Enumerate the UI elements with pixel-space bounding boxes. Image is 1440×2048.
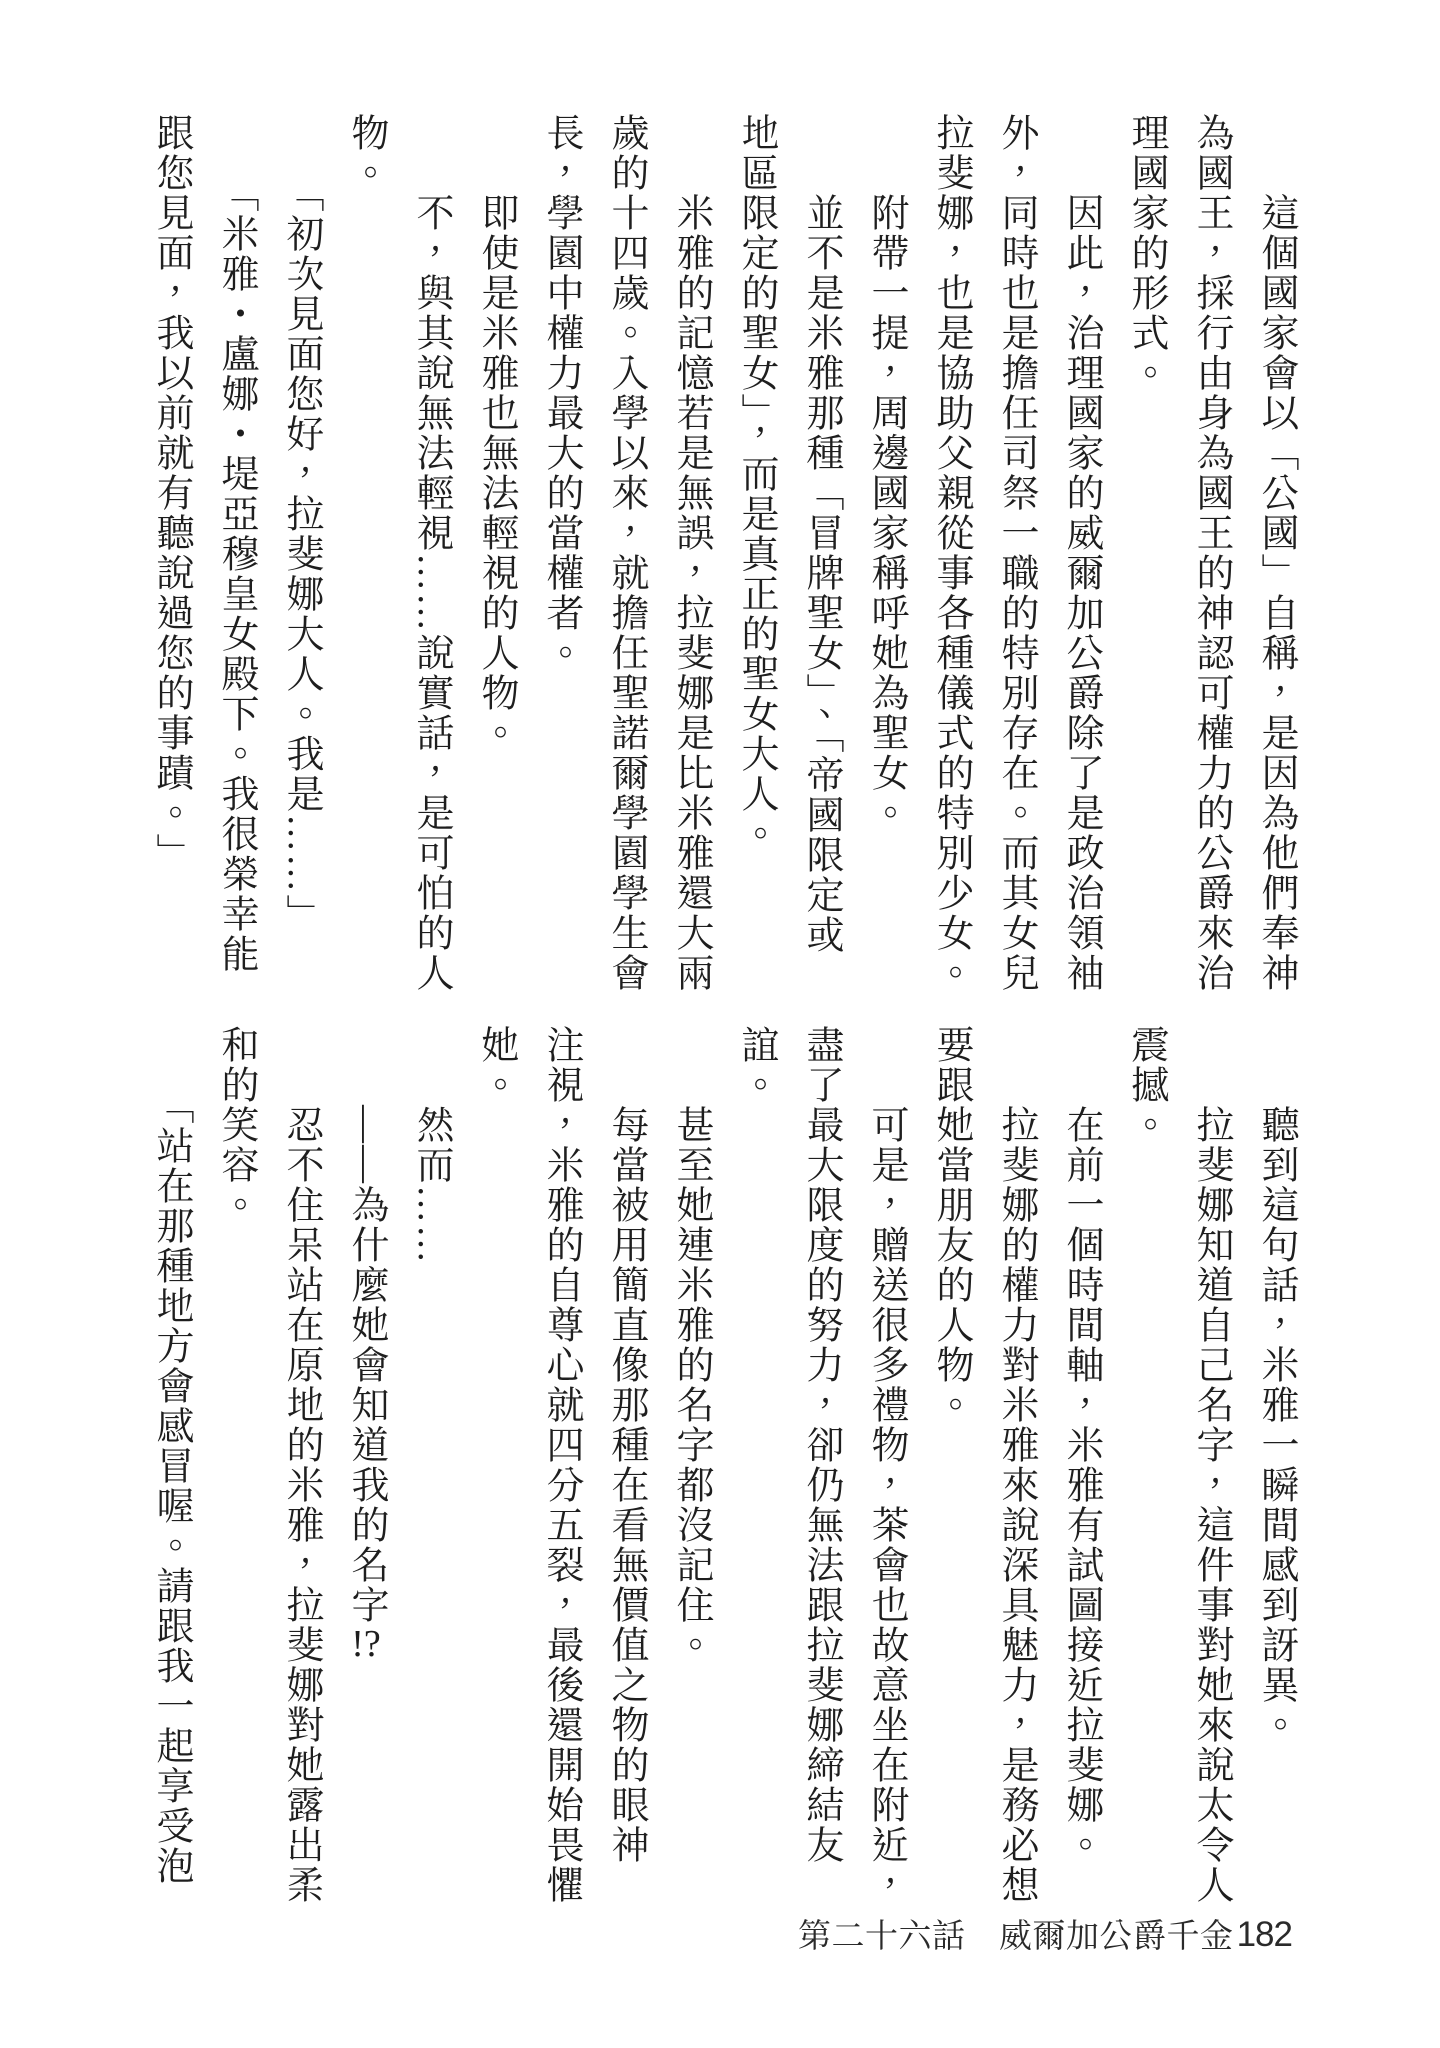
chapter-title: 第二十六話 威爾加公爵千金 [798,1918,1234,1954]
text-column: 「初次見面您好，拉斐娜大人。我是……」 [268,113,333,997]
text-column: 誼。 [723,1025,788,1909]
text-column: 盡了最大限度的努力，卻仍無法跟拉斐娜締結友 [788,1025,853,1909]
text-column: 注視，米雅的自尊心就四分五裂，最後還開始畏懼 [528,1025,593,1909]
text-column: 跟您見面，我以前就有聽說過您的事蹟。」 [138,113,203,997]
tatechuyoko-exclamation-question: !? [345,1625,387,1663]
text-column: 物。 [333,113,398,997]
text-column: 要跟她當朋友的人物。 [918,1025,983,1909]
text-column: 外，同時也是擔任司祭一職的特別存在。而其女兒 [983,113,1048,997]
top-text-block: 這個國家會以「公國」自稱，是因為他們奉神為國王，採行由身為國王的神認可權力的公爵… [138,113,1308,1005]
text-column: 然而…… [398,1025,463,1909]
text-column: 拉斐娜的權力對米雅來說深具魅力，是務必想 [983,1025,1048,1909]
text-column: 為國王，採行由身為國王的神認可權力的公爵來治 [1178,113,1243,997]
text-column: 並不是米雅那種「冒牌聖女」、「帝國限定或 [788,113,853,997]
text-column: 即使是米雅也無法輕視的人物。 [463,113,528,997]
text-column: 附帶一提，周邊國家稱呼她為聖女。 [853,113,918,997]
text-column: ——為什麼她會知道我的名字!? [333,1025,398,1909]
text-column: 歲的十四歲。入學以來，就擔任聖諾爾學園學生會 [593,113,658,997]
text-column: 「米雅・盧娜・堤亞穆皇女殿下。我很榮幸能 [203,113,268,997]
text-column: 長，學園中權力最大的當權者。 [528,113,593,997]
text-column: 每當被用簡直像那種在看無價值之物的眼神 [593,1025,658,1909]
text-column: 震撼。 [1113,1025,1178,1909]
text-column: 可是，贈送很多禮物，茶會也故意坐在附近， [853,1025,918,1909]
bottom-text-block: 聽到這句話，米雅一瞬間感到訝異。 拉斐娜知道自己名字，這件事對她來說太令人震撼。… [138,1025,1308,1917]
text-column: 拉斐娜知道自己名字，這件事對她來說太令人 [1178,1025,1243,1909]
text-column: 甚至她連米雅的名字都沒記住。 [658,1025,723,1909]
text-column: 和的笑容。 [203,1025,268,1909]
text-column: 這個國家會以「公國」自稱，是因為他們奉神 [1243,113,1308,997]
text-column: 理國家的形式。 [1113,113,1178,997]
page-number: 182 [1237,1917,1292,1952]
text-column: 米雅的記憶若是無誤，拉斐娜是比米雅還大兩 [658,113,723,997]
novel-page-body: { "page": { "background": "#ffffff", "te… [0,0,1440,2048]
text-column: 她。 [463,1025,528,1909]
text-column: 不，與其說無法輕視……說實話，是可怕的人 [398,113,463,997]
text-column: 拉斐娜，也是協助父親從事各種儀式的特別少女。 [918,113,983,997]
text-column: 聽到這句話，米雅一瞬間感到訝異。 [1243,1025,1308,1909]
book-page: 這個國家會以「公國」自稱，是因為他們奉神為國王，採行由身為國王的神認可權力的公爵… [0,0,1440,2048]
text-column: 忍不住呆站在原地的米雅，拉斐娜對她露出柔 [268,1025,333,1909]
text-column: 因此，治理國家的威爾加公爵除了是政治領袖 [1048,113,1113,997]
text-column: 在前一個時間軸，米雅有試圖接近拉斐娜。 [1048,1025,1113,1909]
text-column: 「站在那種地方會感冒喔。請跟我一起享受泡 [138,1025,203,1909]
text-column: 地區限定的聖女」，而是真正的聖女大人。 [723,113,788,997]
